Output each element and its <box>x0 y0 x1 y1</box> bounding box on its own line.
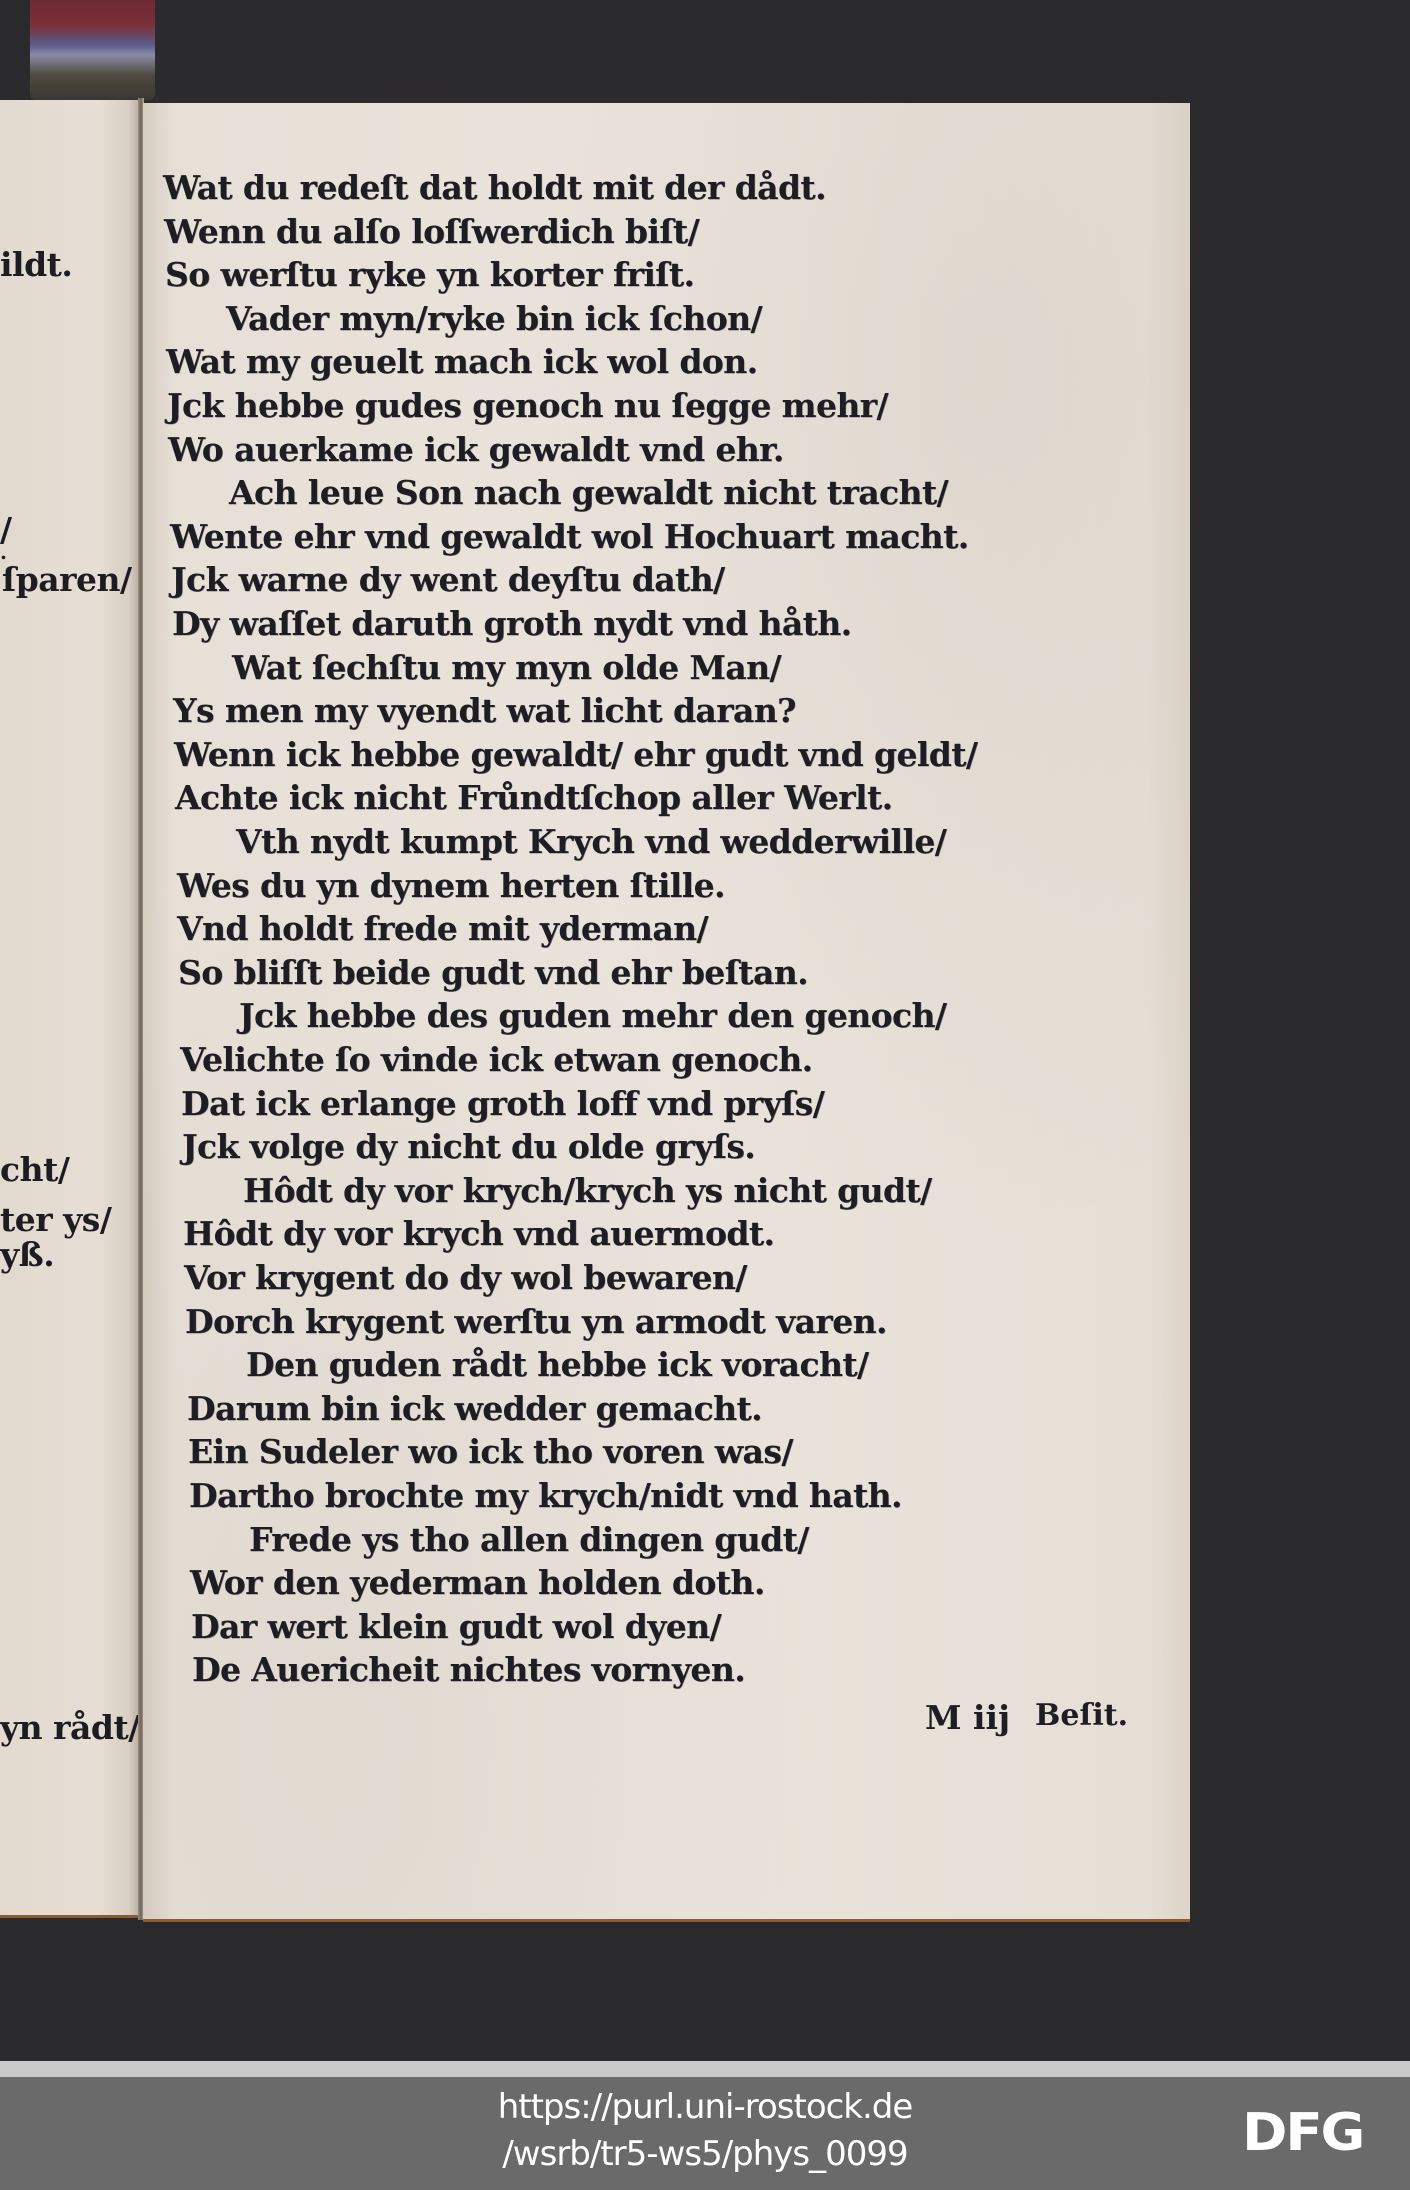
permalink-url-line2[interactable]: /wsrb/tr5-ws5/phys_0099 <box>0 2134 1410 2174</box>
verse-line: Frede ys tho allen dingen gudt/ <box>249 1520 809 1559</box>
signature-mark: M iij <box>925 1698 1010 1737</box>
left-page-fragment: ildt. <box>0 245 72 284</box>
permalink-url-line1[interactable]: https://purl.uni-rostock.de <box>0 2087 1410 2127</box>
verse-line: Wo auerkame ick gewaldt vnd ehr. <box>168 430 784 469</box>
verse-line: Vnd holdt frede mit yderman/ <box>177 909 708 948</box>
left-page-fragment: ter ys/ <box>0 1200 111 1239</box>
verse-line: Dy waſſet daruth groth nydt vnd håth. <box>172 604 852 643</box>
verse-line: Dartho brochte my krych/nidt vnd hath. <box>189 1476 902 1515</box>
verse-line: So bliſſt beide gudt vnd ehr beſtan. <box>178 953 808 992</box>
verse-line: Ys men my vyendt wat licht daran? <box>173 691 796 730</box>
footer-bar: https://purl.uni-rostock.de /wsrb/tr5-ws… <box>0 2077 1410 2190</box>
dfg-logo: DFG <box>1242 2103 1363 2163</box>
verse-line: Vth nydt kumpt Krych vnd wedderwille/ <box>236 822 946 861</box>
verse-line: Dar wert klein gudt wol dyen/ <box>191 1607 721 1646</box>
left-page-fragment: ſparen/ <box>2 560 132 599</box>
left-page-fragment: cht/ <box>0 1150 69 1189</box>
left-page: ildt. / . ſparen/ cht/ ter ys/ yß. yn rå… <box>0 100 140 1918</box>
verse-line: Wente ehr vnd gewaldt wol Hochuart macht… <box>170 517 969 556</box>
verse-line: Vader myn/ryke bin ick ſchon/ <box>226 299 762 338</box>
verse-line: Achte ick nicht Frůndtſchop aller Werlt. <box>175 778 893 817</box>
verse-line: Vor krygent do dy wol bewaren/ <box>184 1258 747 1297</box>
viewer-divider-strip <box>0 2061 1410 2077</box>
verse-line: Hôdt dy vor krych/krych ys nicht gudt/ <box>243 1171 932 1210</box>
verse-line: De Auericheit nichtes vornyen. <box>192 1650 745 1689</box>
book-binding-headband <box>30 0 155 100</box>
left-page-fragment: yß. <box>0 1235 54 1274</box>
verse-line: Wenn du alſo loſſwerdich biſt/ <box>164 212 699 251</box>
catchword: Beſit. <box>1035 1698 1128 1733</box>
verse-line: Darum bin ick wedder gemacht. <box>187 1389 762 1428</box>
verse-line: Jck hebbe des guden mehr den genoch/ <box>239 996 946 1035</box>
verse-line: Ein Sudeler wo ick tho voren was/ <box>188 1432 793 1471</box>
verse-line: Hôdt dy vor krych vnd auermodt. <box>183 1214 774 1253</box>
verse-line: Jck volge dy nicht du olde gryſs. <box>182 1127 755 1166</box>
verse-line: Den guden rådt hebbe ick voracht/ <box>246 1345 868 1384</box>
verse-line: Ach leue Son nach gewaldt nicht tracht/ <box>229 473 948 512</box>
verse-line: Velichte ſo vinde ick etwan genoch. <box>180 1040 813 1079</box>
verse-line: Wat my geuelt mach ick wol don. <box>166 342 757 381</box>
verse-line: Wenn ick hebbe gewaldt/ ehr gudt vnd gel… <box>174 735 977 774</box>
verse-line: Wor den yederman holden doth. <box>190 1563 765 1602</box>
verse-line: Dat ick erlange groth loff vnd pryſs/ <box>181 1084 824 1123</box>
verse-line: Wes du yn dynem herten ſtille. <box>177 866 725 905</box>
verse-line: So werſtu ryke yn korter friſt. <box>165 255 694 294</box>
verse-line: Jck hebbe gudes genoch nu ſegge mehr/ <box>167 386 888 425</box>
verse-line: Wat du redeſt dat holdt mit der dådt. <box>163 168 826 207</box>
left-page-fragment: yn rådt/ <box>0 1708 140 1747</box>
verse-line: Jck warne dy went deyſtu dath/ <box>171 560 725 599</box>
verse-line: Dorch krygent werſtu yn armodt varen. <box>185 1302 887 1341</box>
verse-line: Wat ſechſtu my myn olde Man/ <box>232 648 781 687</box>
